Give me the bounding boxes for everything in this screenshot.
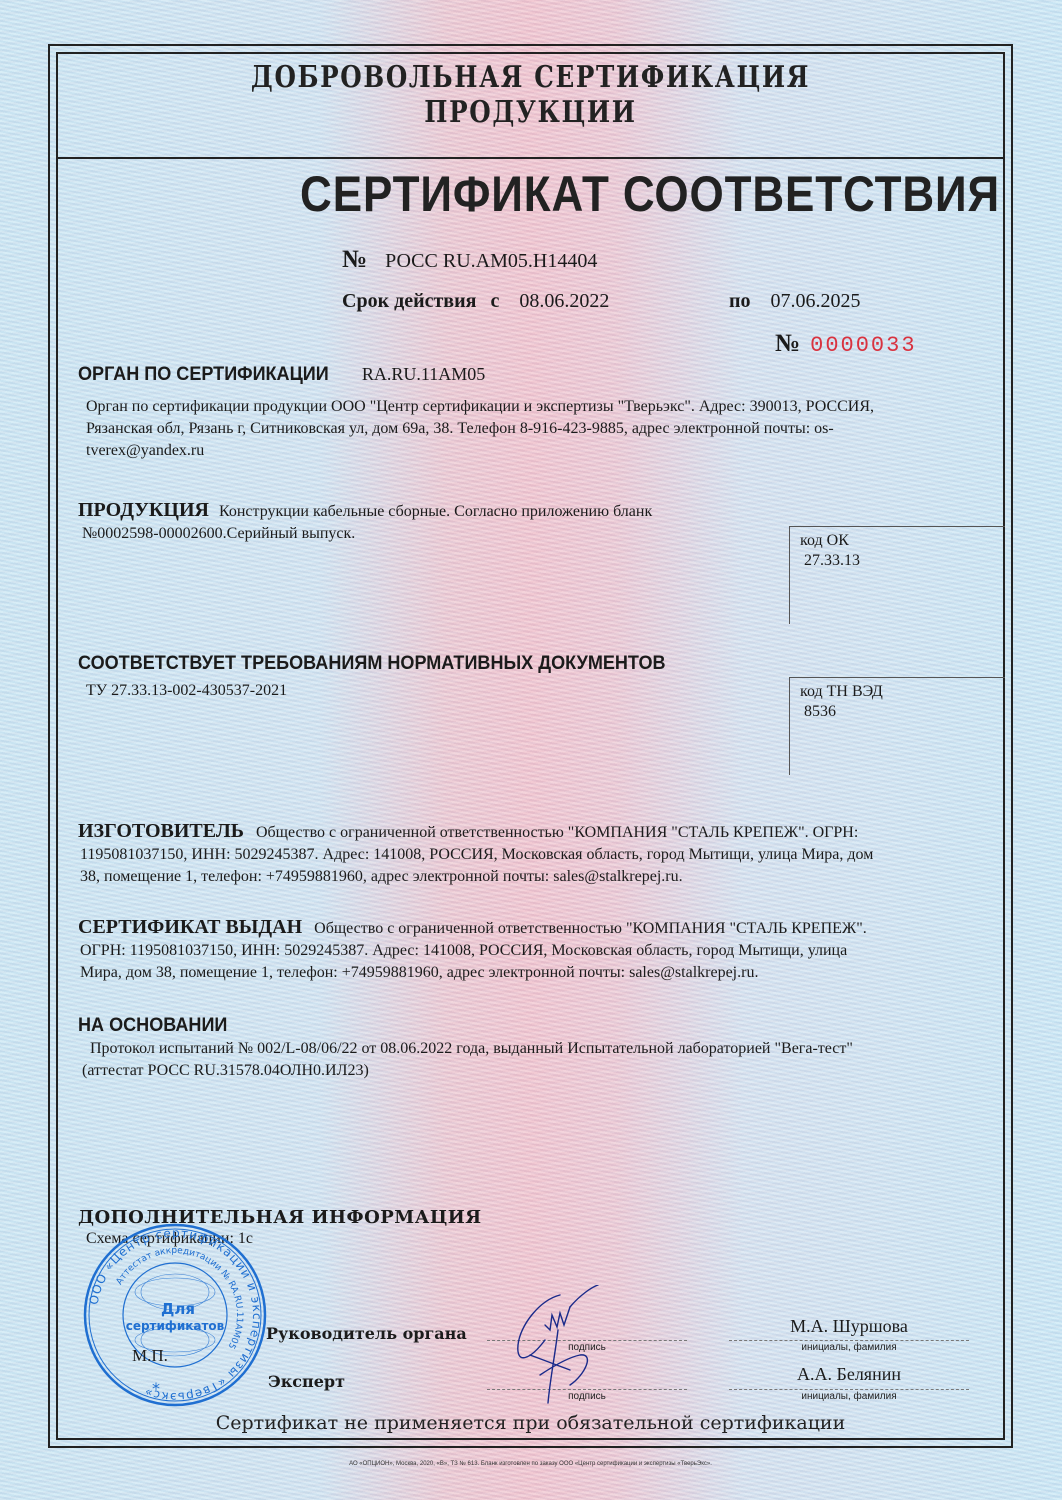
product-section: ПРОДУКЦИЯ Конструкции кабельные сборные.… [78,499,778,545]
tnved-code-value: 8536 [800,702,1005,722]
manufacturer-section: ИЗГОТОВИТЕЛЬ Общество с ограниченной отв… [78,820,988,888]
head-name: М.А. Шуршова [729,1316,969,1337]
voluntary-certification-title: ДОБРОВОЛЬНАЯ СЕРТИФИКАЦИЯ ПРОДУКЦИИ [141,60,919,130]
ok-code-box: код ОК 27.33.13 [789,526,1005,624]
expert-name-caption: инициалы, фамилия [729,1391,969,1402]
product-description: Конструкции кабельные сборные. Согласно … [219,503,652,520]
validity-to: по 07.06.2025 [729,290,861,313]
ok-code-value: 27.33.13 [800,551,1005,571]
certification-body-line: Рязанская обл, Рязань г, Ситниковская ул… [86,418,986,440]
validity-to-label: по [729,290,751,312]
expert-label: Эксперт [268,1372,345,1391]
issued-to-heading: СЕРТИФИКАТ ВЫДАН [78,916,302,938]
form-number-sign: № [775,330,800,357]
certification-body-details: Орган по сертификации продукции ООО "Цен… [86,396,986,462]
tnved-code-box: код ТН ВЭД 8536 [789,677,1005,775]
manufacturer-heading: ИЗГОТОВИТЕЛЬ [78,820,244,842]
form-number: 0000033 [810,333,916,358]
valid-to-date: 07.06.2025 [771,290,861,312]
issued-to-line: Общество с ограниченной ответственностью… [314,920,867,937]
conformity-document: ТУ 27.33.13-002-430537-2021 [86,680,287,702]
seal-stamp-icon: ООО «Центр сертификации и экспертизы «Тв… [82,1222,268,1408]
expert-name-line [729,1389,969,1390]
certification-body-heading-row: ОРГАН ПО СЕРТИФИКАЦИИ RA.RU.11АМ05 [78,364,485,386]
form-number-row: № 0000033 [775,330,917,358]
certification-body-code: RA.RU.11АМ05 [362,364,485,384]
number-sign: № [342,246,367,273]
header-divider [56,157,1005,159]
valid-from-date: 08.06.2022 [519,290,609,312]
validity-row: Срок действия с 08.06.2022 [342,290,609,313]
basis-line: (аттестат РОСС RU.31578.04ОЛН0.ИЛ23) [82,1060,992,1082]
stamp-center-line2: сертификатов [126,1319,225,1333]
stamp-center-line1: Для [161,1300,195,1318]
certificate-title: СЕРТИФИКАТ СООТВЕТСТВИЯ [296,165,1000,223]
head-name-caption: инициалы, фамилия [729,1342,969,1353]
basis-line: Протокол испытаний № 002/L-08/06/22 от 0… [82,1038,992,1060]
handwritten-signature-icon [500,1285,640,1410]
conformity-heading: СООТВЕТСТВУЕТ ТРЕБОВАНИЯМ НОРМАТИВНЫХ ДО… [78,653,666,675]
tnved-code-label: код ТН ВЭД [800,682,1005,702]
svg-text:*: * [152,1379,160,1398]
issued-to-line: Мира, дом 38, помещение 1, телефон: +749… [78,962,988,984]
certification-body-line: Орган по сертификации продукции ООО "Цен… [86,396,986,418]
validity-from-label: с [490,290,499,312]
basis-details: Протокол испытаний № 002/L-08/06/22 от 0… [82,1038,992,1082]
head-name-line [729,1340,969,1341]
ok-code-label: код ОК [800,531,1005,551]
head-label: Руководитель органа [266,1324,467,1343]
basis-heading: НА ОСНОВАНИИ [78,1015,227,1037]
manufacturer-line: Общество с ограниченной ответственностью… [256,824,858,841]
certificate-number: РОСС RU.АМ05.Н14404 [385,250,597,272]
certification-body-heading: ОРГАН ПО СЕРТИФИКАЦИИ [78,364,329,386]
issued-to-line: ОГРН: 1195081037150, ИНН: 5029245387. Ад… [78,940,988,962]
not-for-mandatory-note: Сертификат не применяется при обязательн… [56,1412,1005,1434]
certification-body-line: tverex@yandex.ru [86,440,986,462]
product-heading: ПРОДУКЦИЯ [78,499,209,521]
product-description-2: №0002598-00002600.Серийный выпуск. [78,523,778,545]
manufacturer-line: 38, помещение 1, телефон: +74959881960, … [78,866,988,888]
issued-to-section: СЕРТИФИКАТ ВЫДАН Общество с ограниченной… [78,916,988,984]
seal-place-label: М.П. [132,1346,168,1366]
manufacturer-line: 1195081037150, ИНН: 5029245387. Адрес: 1… [78,844,988,866]
certificate-number-row: № РОСС RU.АМ05.Н14404 [342,246,597,274]
expert-name: А.А. Белянин [729,1364,969,1385]
validity-label: Срок действия [342,290,476,312]
printer-imprint: АО «ОПЦИОН», Москва, 2020, «В», ТЗ № 613… [56,1461,1005,1467]
